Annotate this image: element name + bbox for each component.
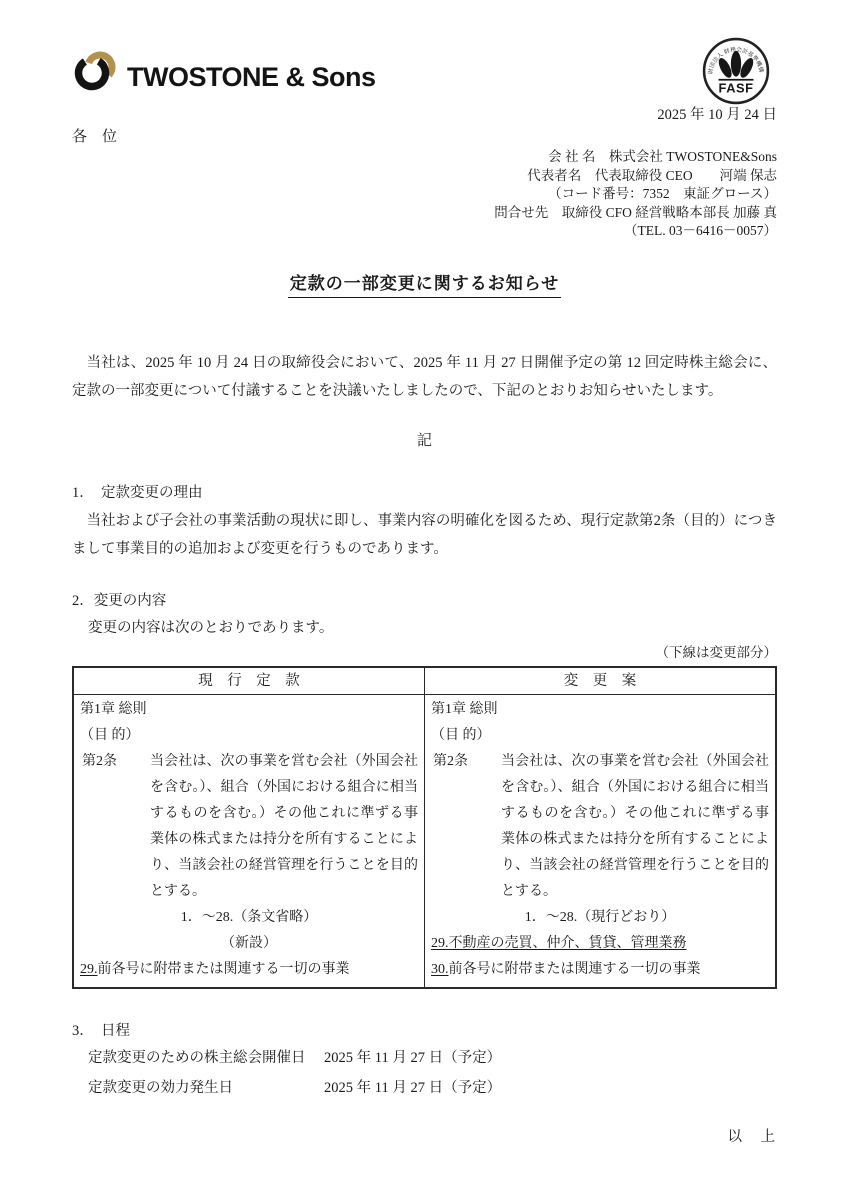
- item-29-line: 29.前各号に附帯または関連する一切の事業: [80, 957, 418, 983]
- item-30-text: 前各号に附帯または関連する一切の事業: [449, 962, 701, 977]
- header: TWOSTONE & Sons 公益財団法人 財務会計基準機構 会員 FASF: [72, 0, 777, 105]
- ki-marker: 記: [72, 427, 777, 455]
- logo-wordmark: TWOSTONE & Sons: [127, 64, 376, 91]
- item-29-text: 不動産の売買、仲介、賃貸、管理業務: [449, 936, 687, 951]
- column-header-current: 現 行 定 款: [73, 667, 425, 695]
- closing-mark: 以 上: [72, 1123, 777, 1151]
- tel-line: （TEL. 03－6416－0057）: [72, 222, 777, 241]
- items-range-line: 1．～28.（条文省略）: [80, 905, 418, 931]
- section3-heading: 3． 日程: [72, 1019, 777, 1043]
- amendment-comparison-table: 現 行 定 款 変 更 案 第1章 総則 （目 的） 第2条当会社は、次の事業を…: [72, 666, 777, 989]
- table-body-row: 第1章 総則 （目 的） 第2条当会社は、次の事業を営む会社（外国会社を含む。）…: [73, 694, 776, 988]
- section3: 3． 日程 定款変更のための株主総会開催日 2025 年 11 月 27 日（予…: [72, 1019, 777, 1103]
- company-block: 会 社 名 株式会社 TWOSTONE&Sons 代表者名 代表取締役 CEO …: [72, 148, 777, 241]
- page-title: 定款の一部変更に関するお知らせ: [288, 272, 562, 298]
- stock-code-line: （コード番号：7352 東証グロース）: [72, 185, 777, 204]
- addressee: 各 位: [72, 126, 777, 148]
- svg-text:FASF: FASF: [719, 81, 754, 96]
- purpose-line: （目 的）: [80, 723, 418, 749]
- section1-heading: 1． 定款変更の理由: [72, 481, 777, 505]
- schedule-row: 定款変更のための株主総会開催日 2025 年 11 月 27 日（予定）: [72, 1043, 777, 1073]
- proposed-articles-cell: 第1章 総則 （目 的） 第2条当会社は、次の事業を営む会社（外国会社を含む。）…: [425, 694, 777, 988]
- item-29-line: 29.不動産の売買、仲介、賃貸、管理業務: [431, 931, 769, 957]
- schedule-value: 2025 年 11 月 27 日（予定）: [324, 1073, 501, 1103]
- table-header-row: 現 行 定 款 変 更 案: [73, 667, 776, 695]
- article2-paragraph: 第2条当会社は、次の事業を営む会社（外国会社を含む。）、組合（外国における組合に…: [431, 749, 769, 905]
- current-articles-cell: 第1章 総則 （目 的） 第2条当会社は、次の事業を営む会社（外国会社を含む。）…: [73, 694, 425, 988]
- article2-label: 第2条: [433, 749, 468, 775]
- chapter-line: 第1章 総則: [431, 697, 769, 723]
- article2-text: 当会社は、次の事業を営む会社（外国会社を含む。）、組合（外国における組合に相当す…: [501, 754, 769, 899]
- logo-mark-icon: [72, 50, 120, 104]
- item-29-text: 前各号に附帯または関連する一切の事業: [98, 962, 350, 977]
- contact-line: 問合せ先 取締役 CFO 経営戦略本部長 加藤 真: [72, 204, 777, 223]
- item-29-number: 29.: [431, 936, 449, 951]
- item-30-number: 30.: [431, 962, 449, 977]
- article2-text: 当会社は、次の事業を営む会社（外国会社を含む。）、組合（外国における組合に相当す…: [150, 754, 418, 899]
- chapter-line: 第1章 総則: [80, 697, 418, 723]
- schedule-value: 2025 年 11 月 27 日（予定）: [324, 1043, 501, 1073]
- press-release-page: TWOSTONE & Sons 公益財団法人 財務会計基準機構 会員 FASF …: [0, 0, 849, 1200]
- title-wrap: 定款の一部変更に関するお知らせ: [72, 271, 777, 301]
- twostone-logo: TWOSTONE & Sons: [72, 50, 777, 104]
- section2-heading: 2．変更の内容: [72, 589, 777, 613]
- column-header-proposed: 変 更 案: [425, 667, 777, 695]
- article2-paragraph: 第2条当会社は、次の事業を営む会社（外国会社を含む。）、組合（外国における組合に…: [80, 749, 418, 905]
- representative-line: 代表者名 代表取締役 CEO 河端 保志: [72, 167, 777, 186]
- new-item-placeholder: （新設）: [80, 931, 418, 957]
- underline-note: （下線は変更部分）: [72, 643, 777, 663]
- item-30-line: 30.前各号に附帯または関連する一切の事業: [431, 957, 769, 983]
- fasf-seal-icon: 公益財団法人 財務会計基準機構 会員 FASF: [701, 36, 771, 106]
- article2-label: 第2条: [82, 749, 117, 775]
- schedule-label: 定款変更のための株主総会開催日: [88, 1043, 324, 1073]
- company-name-line: 会 社 名 株式会社 TWOSTONE&Sons: [72, 148, 777, 167]
- section1-body: 当社および子会社の事業活動の現状に即し、事業内容の明確化を図るため、現行定款第2…: [72, 507, 777, 563]
- purpose-line: （目 的）: [431, 723, 769, 749]
- section2-lead: 変更の内容は次のとおりであります。: [72, 615, 777, 641]
- intro-paragraph: 当社は、2025 年 10 月 24 日の取締役会において、2025 年 11 …: [72, 349, 777, 405]
- items-range-line: 1．～28.（現行どおり）: [431, 905, 769, 931]
- item-29-number: 29.: [80, 962, 98, 977]
- schedule-row: 定款変更の効力発生日 2025 年 11 月 27 日（予定）: [72, 1073, 777, 1103]
- release-date: 2025 年 10 月 24 日: [72, 105, 777, 125]
- schedule-label: 定款変更の効力発生日: [88, 1073, 324, 1103]
